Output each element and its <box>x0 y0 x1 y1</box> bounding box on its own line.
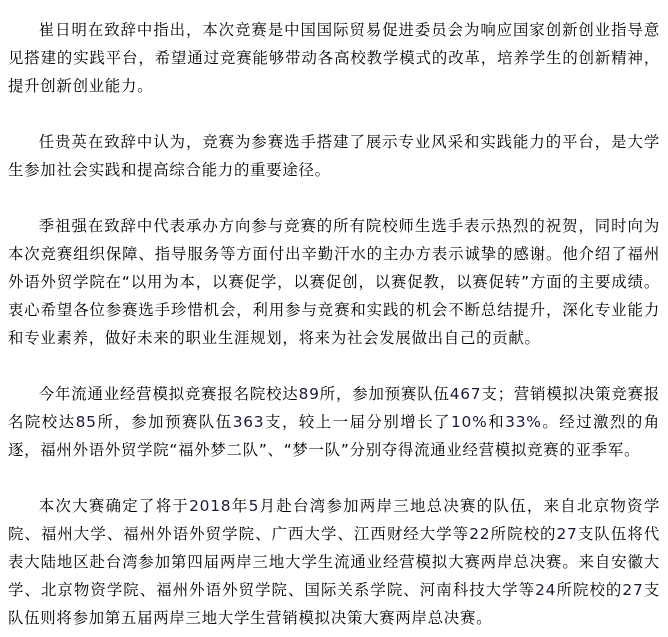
paragraph-text: 任贵英在致辞中认为，竞赛为参赛选手搭建了展示专业风采和实践能力的平台，是大学生参… <box>8 133 660 179</box>
paragraph-ji-zuqiang-speech: 季祖强在致辞中代表承办方向参与竞赛的所有院校师生选手表示热烈的祝贺，同时向为本次… <box>8 212 660 352</box>
paragraph-text: 所院校的 <box>556 581 622 599</box>
stat-number: 85 <box>76 413 97 431</box>
stat-number: 27 <box>557 525 578 543</box>
paragraph-text: 季祖强在致辞中代表承办方向参与竞赛的所有院校师生选手表示热烈的祝贺，同时向为本次… <box>8 217 660 347</box>
article-body: 崔日明在致辞中指出，本次竞赛是中国国际贸易促进委员会为响应国家创新创业指导意见搭… <box>8 16 660 632</box>
paragraph-registration-stats: 今年流通业经营模拟竞赛报名院校达89所，参加预赛队伍467支；营销模拟决策竞赛报… <box>8 380 660 464</box>
paragraph-text: 年 <box>231 497 248 515</box>
stat-number: 22 <box>469 525 490 543</box>
paragraph-text: 本次大赛确定了将于 <box>39 497 189 515</box>
stat-number: 89 <box>299 385 320 403</box>
stat-number: 33% <box>505 413 541 431</box>
paragraph-text: 所，参加预赛队伍 <box>97 413 233 431</box>
stat-number: 24 <box>535 581 556 599</box>
paragraph-cui-riming-speech: 崔日明在致辞中指出，本次竞赛是中国国际贸易促进委员会为响应国家创新创业指导意见搭… <box>8 16 660 100</box>
paragraph-text: 今年流通业经营模拟竞赛报名院校达 <box>39 385 299 403</box>
stat-number: 2018 <box>189 497 231 515</box>
stat-number: 363 <box>233 413 265 431</box>
paragraph-text: 支，较上一届分别增长了 <box>264 413 451 431</box>
stat-number: 5 <box>249 497 260 515</box>
stat-number: 27 <box>622 581 643 599</box>
paragraph-text: 所院校的 <box>490 525 556 543</box>
paragraph-text: 和 <box>487 413 505 431</box>
stat-number: 467 <box>450 385 482 403</box>
paragraph-text: 所，参加预赛队伍 <box>320 385 450 403</box>
paragraph-finals-teams: 本次大赛确定了将于2018年5月赴台湾参加两岸三地总决赛的队伍，来自北京物资学院… <box>8 492 660 632</box>
stat-number: 10% <box>451 413 487 431</box>
paragraph-text: 崔日明在致辞中指出，本次竞赛是中国国际贸易促进委员会为响应国家创新创业指导意见搭… <box>8 21 660 95</box>
paragraph-ren-guiying-speech: 任贵英在致辞中认为，竞赛为参赛选手搭建了展示专业风采和实践能力的平台，是大学生参… <box>8 128 660 184</box>
